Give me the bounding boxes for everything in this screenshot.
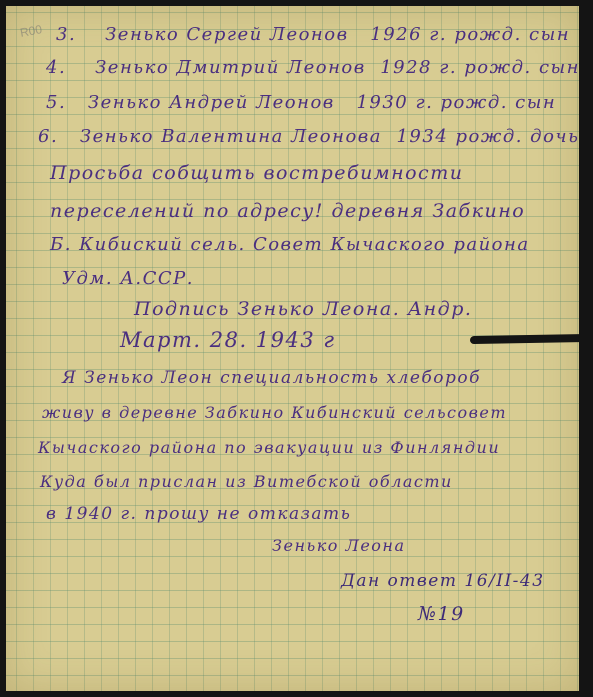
entry-name: Зенько Валентина Леонова — [80, 126, 382, 147]
entry-number: 3. — [56, 24, 76, 45]
request-line-3: Б. Кибиский сель. Совет Кычаского района — [50, 234, 530, 255]
entry-birth: 1934 рожд. дочь — [396, 126, 579, 147]
statement-line-1: Я Зенько Леон специальность хлебороб — [62, 368, 481, 388]
child-entry-6: 6. Зенько Валентина Леонова 1934 рожд. д… — [38, 126, 579, 147]
date-line: Март. 28. 1943 г — [120, 328, 336, 352]
entry-number: 6. — [38, 126, 58, 147]
statement-line-3: Кычаского района по эвакуации из Финлянд… — [38, 438, 500, 457]
entry-name: Зенько Андрей Леонов — [88, 92, 335, 113]
graph-paper-sheet: R00 3. Зенько Сергей Леонов 1926 г. рожд… — [6, 6, 579, 691]
entry-name: Зенько Дмитрий Леонов — [95, 57, 366, 78]
pencil-mark: R00 — [19, 22, 43, 40]
entry-birth: 1930 г. рожд. сын — [356, 92, 556, 113]
statement-line-2: живу в деревне Забкино Кибинский сельсов… — [42, 403, 507, 422]
entry-birth: 1928 г. рожд. сын — [380, 57, 580, 78]
answer-annotation: Дан ответ 16/ІІ-43 — [341, 571, 545, 591]
entry-name: Зенько Сергей Леонов — [105, 24, 349, 45]
child-entry-3: 3. Зенько Сергей Леонов 1926 г. рожд. сы… — [56, 24, 570, 45]
request-line-1: Просьба собщить востребимности — [50, 162, 463, 184]
entry-birth: 1926 г. рожд. сын — [370, 24, 570, 45]
request-line-4: Удм. А.ССР. — [62, 268, 194, 289]
closing-signature: Зенько Леона — [272, 536, 406, 555]
scan-border — [579, 0, 593, 697]
number-annotation: №19 — [418, 603, 465, 625]
statement-line-4: Куда был прислан из Витебской области — [40, 472, 453, 491]
entry-number: 4. — [46, 57, 66, 78]
child-entry-4: 4. Зенько Дмитрий Леонов 1928 г. рожд. с… — [46, 57, 580, 78]
request-line-2: переселений по адресу! деревня Забкино — [50, 200, 525, 222]
signature-line: Подпись Зенько Леона. Андр. — [134, 298, 472, 320]
entry-number: 5. — [46, 92, 66, 113]
statement-line-5: в 1940 г. прошу не отказать — [46, 504, 351, 524]
child-entry-5: 5. Зенько Андрей Леонов 1930 г. рожд. сы… — [46, 92, 556, 113]
